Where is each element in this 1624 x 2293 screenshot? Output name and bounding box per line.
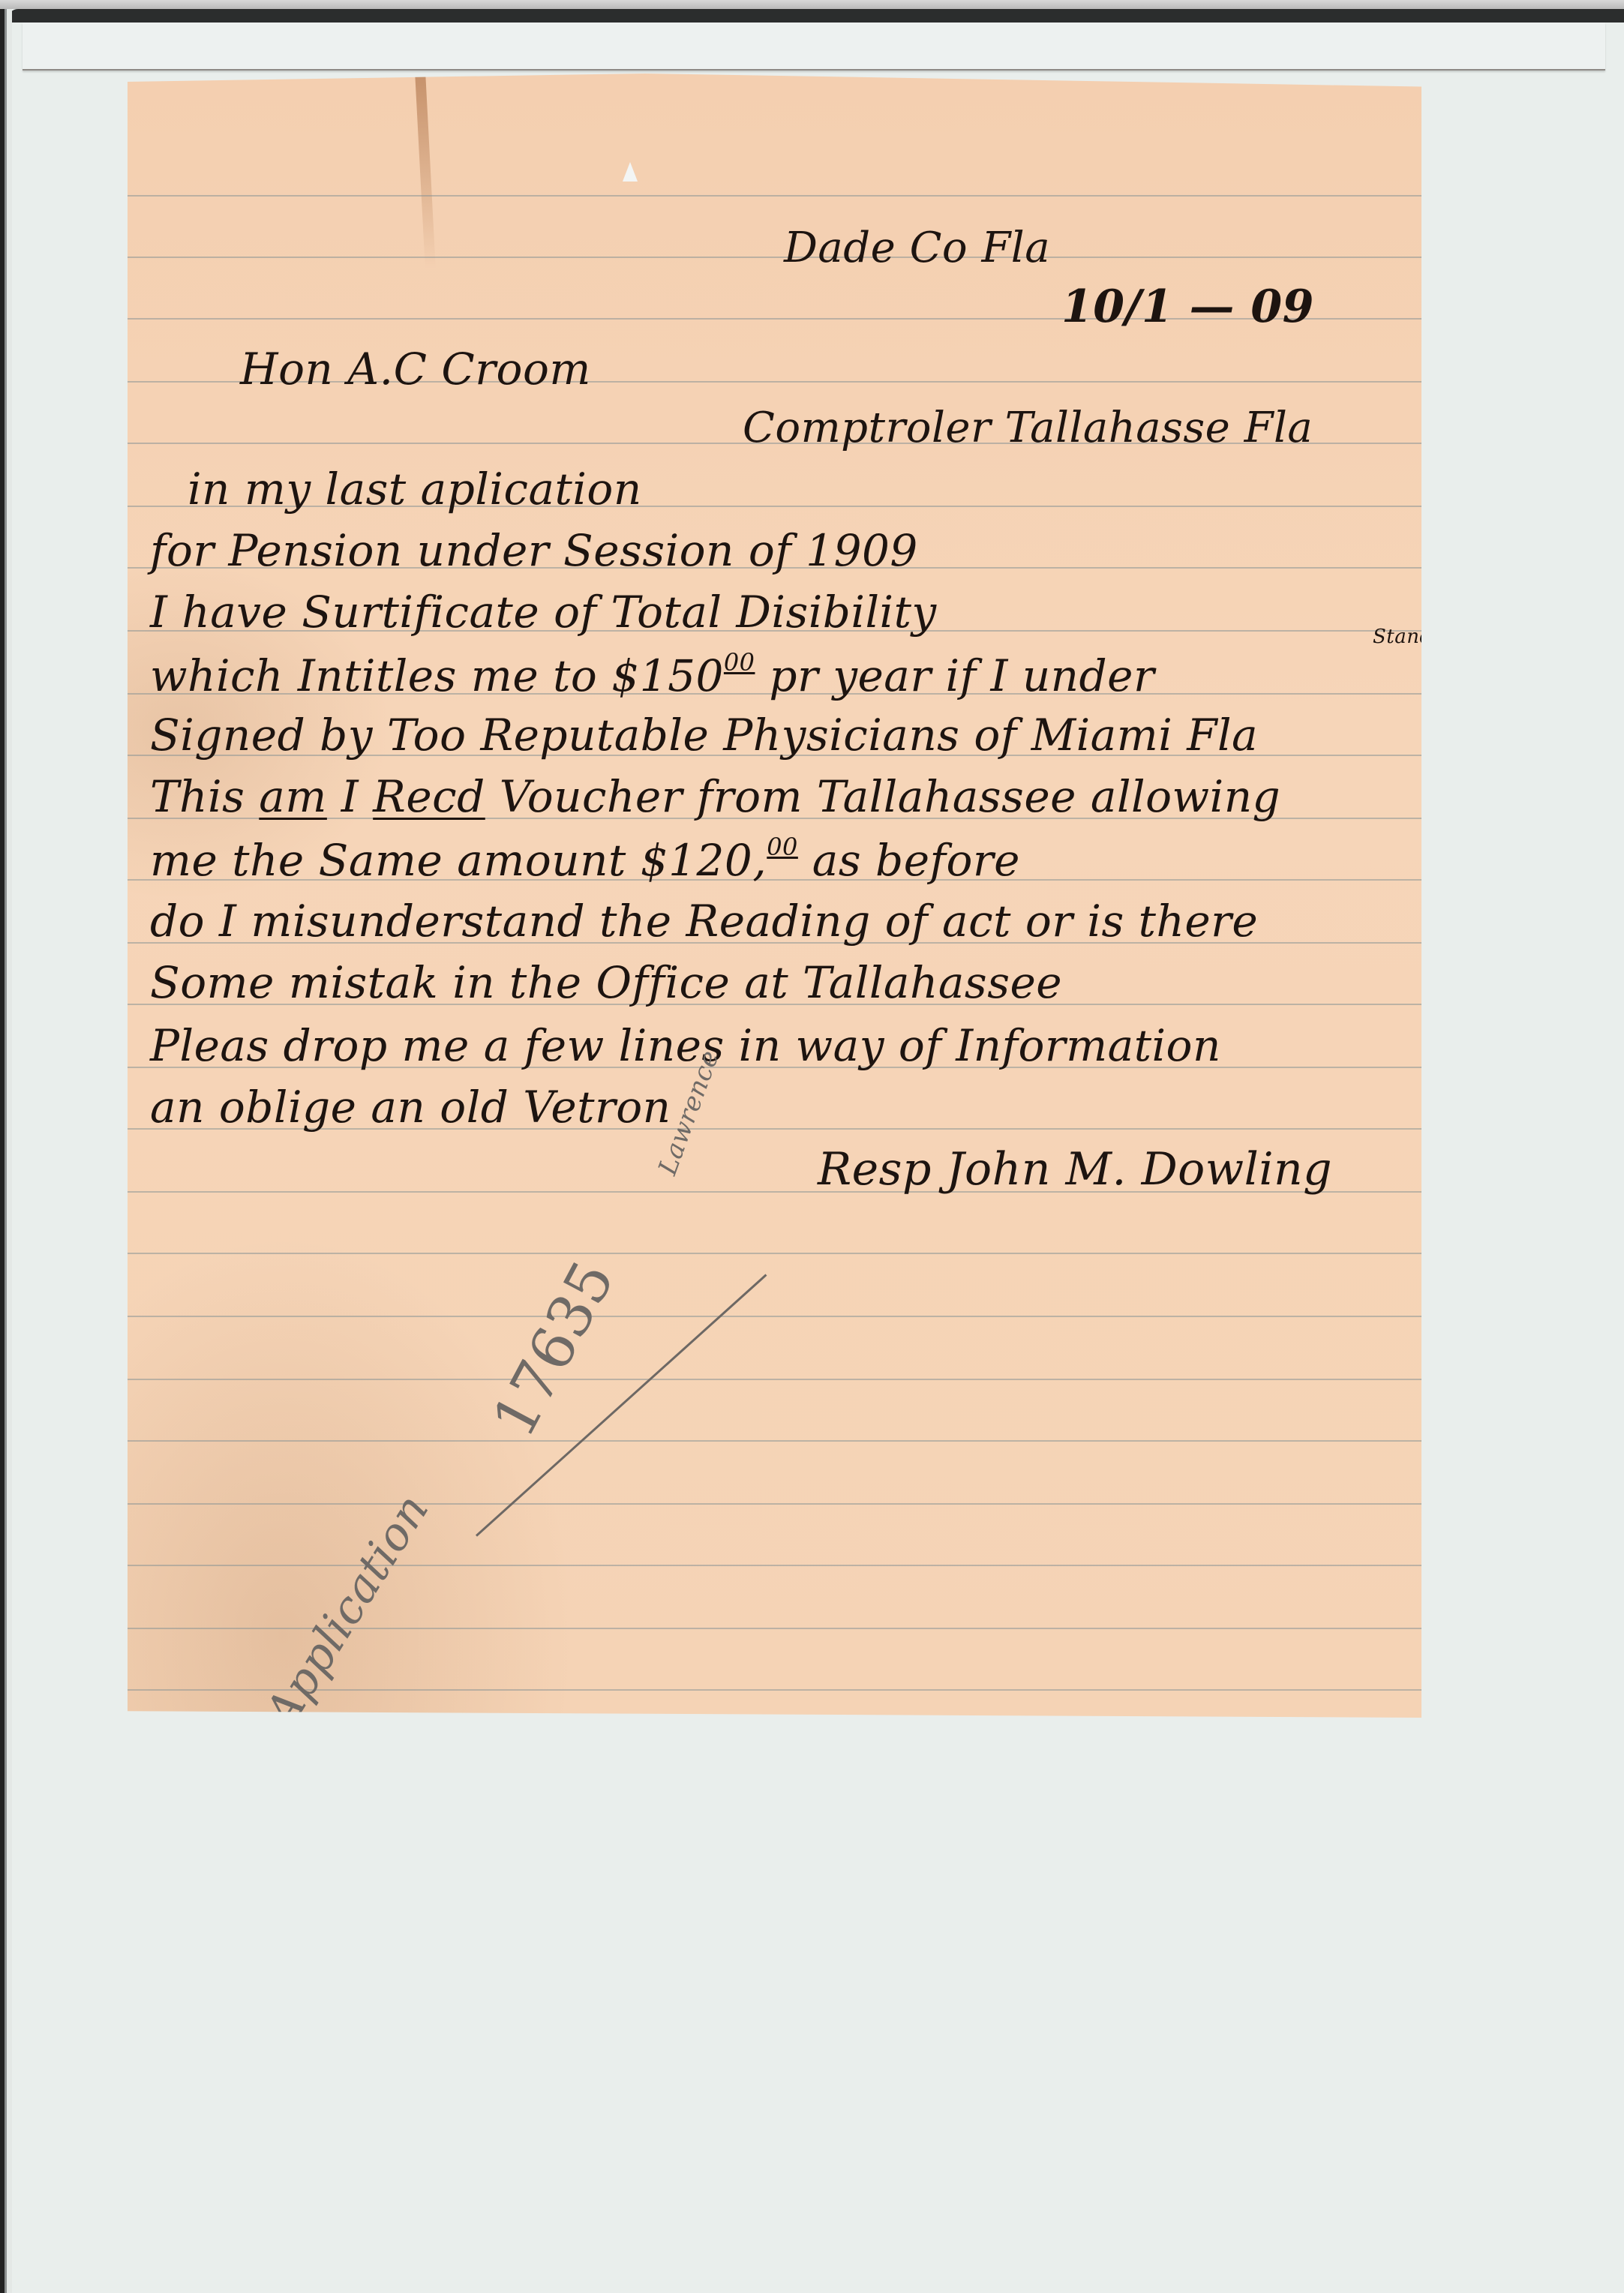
- body-line-10: Pleas drop me a few lines in way of Info…: [150, 1020, 1221, 1071]
- body-line-9: Some mistak in the Office at Tallahassee: [150, 957, 1062, 1008]
- scanner-frame-bar: [8, 9, 1624, 23]
- body-line-6: This am I Recd Voucher from Tallahassee …: [150, 771, 1280, 822]
- ruled-line: [128, 1253, 1421, 1254]
- voucher-amount: $120,: [641, 835, 767, 886]
- body-line-3: I have Surtificate of Total Disibility: [150, 587, 937, 638]
- paper-tear-hole: [623, 162, 638, 182]
- ruled-line: [128, 1503, 1421, 1505]
- ruled-line: [128, 1316, 1421, 1317]
- body-line-7: me the Same amount $120,00 as before: [150, 833, 1020, 886]
- body-line-5: Signed by Too Reputable Physicians of Mi…: [150, 710, 1258, 761]
- pension-amount-cents: 00: [724, 648, 755, 677]
- letter-paper: Dade Co Fla 10/1 — 09 Hon A.C Croom Comp…: [128, 74, 1421, 1718]
- line6-this: This: [150, 771, 259, 822]
- line6-i: I: [327, 771, 373, 822]
- scanner-frame-top: [0, 0, 1624, 9]
- line6-am: am: [259, 771, 327, 822]
- mounting-strip: [23, 23, 1605, 71]
- letter-place: Dade Co Fla: [784, 224, 1050, 272]
- ruled-line: [128, 1565, 1421, 1566]
- pension-amount-claimed: $150: [611, 650, 724, 701]
- line4-text: which Intitles me to: [150, 650, 611, 701]
- body-line-11: an oblige an old Vetron: [150, 1082, 671, 1133]
- water-stain: [415, 74, 436, 269]
- line7-text-end: as before: [798, 835, 1020, 886]
- addressee-title: Comptroler Tallahasse Fla: [743, 404, 1313, 452]
- body-line-8: do I misunderstand the Reading of act or…: [150, 896, 1258, 947]
- body-line-4: which Intitles me to $15000 pr year if I…: [150, 648, 1154, 701]
- ruled-line: [128, 195, 1421, 197]
- line6-rest: Voucher from Tallahassee allowing: [485, 771, 1280, 822]
- addressee: Hon A.C Croom: [240, 344, 591, 395]
- voucher-amount-cents: 00: [767, 833, 798, 861]
- application-label: Application: [255, 1485, 440, 1736]
- ruled-line: [128, 257, 1421, 258]
- line6-recd: Recd: [373, 771, 485, 822]
- body-line-1: in my last aplication: [188, 464, 642, 515]
- ruled-line: [128, 1379, 1421, 1380]
- body-line-2: for Pension under Session of 1909: [150, 525, 918, 576]
- line4-text-end: pr year if I under: [755, 650, 1154, 701]
- scanner-frame-left-edge: [0, 9, 12, 2293]
- line7-text: me the Same amount: [150, 835, 641, 886]
- interlinear-insertion: Stand: [1373, 626, 1433, 648]
- letter-date: 10/1 — 09: [1061, 281, 1314, 333]
- signature: Resp John M. Dowling: [818, 1143, 1332, 1196]
- ruled-line: [128, 1440, 1421, 1442]
